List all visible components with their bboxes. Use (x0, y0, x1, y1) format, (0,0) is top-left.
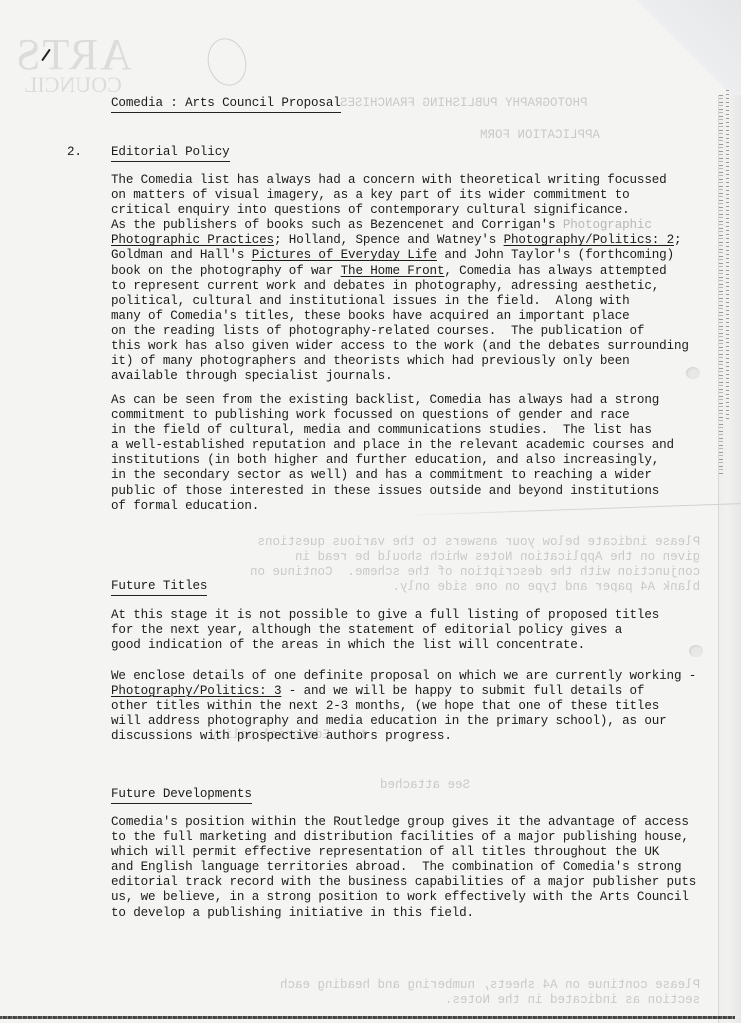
text-line: to represent current work and debates in… (111, 279, 689, 294)
book-title: Photography/Politics: 3 (111, 684, 281, 698)
text-run: in the field of cultural, media and comm… (111, 423, 652, 437)
text-line: us, we believe, in a strong position to … (111, 890, 696, 905)
paragraph: Comedia's position within the Routledge … (111, 815, 696, 921)
text-run: ; Holland, Spence and Watney's (274, 233, 504, 247)
text-run: in the secondary sector as well) and has… (111, 468, 652, 482)
scan-speckle (726, 90, 729, 420)
heading-future-titles: Future Titles (111, 578, 207, 596)
text-line: a well-established reputation and place … (111, 438, 674, 453)
text-line: At this stage it is not possible to give… (111, 608, 659, 623)
show-through-note: See attached (380, 778, 470, 793)
pencil-circle-mark (202, 34, 251, 90)
text-line: on matters of visual imagery, as a key p… (111, 188, 689, 203)
text-run: to develop a publishing initiative in th… (111, 906, 474, 920)
text-run: to the full marketing and distribution f… (111, 830, 689, 844)
punch-hole-icon (689, 645, 703, 657)
text-run: commitment to publishing work focussed o… (111, 408, 630, 422)
scanned-page: ARTS COUNCIL PHOTOGRAPHY PUBLISHING FRAN… (0, 0, 741, 1023)
text-run: book on the photography of war (111, 264, 341, 278)
text-line: available through specialist journals. (111, 369, 689, 384)
faded-text: Photographic (563, 218, 652, 232)
show-through-footer: Please continue on A4 sheets, numbering … (280, 978, 700, 1008)
text-line: public of those interested in these issu… (111, 484, 674, 499)
text-line: on the reading lists of photography-rela… (111, 324, 689, 339)
text-line: to develop a publishing initiative in th… (111, 906, 696, 921)
scan-speckle (719, 95, 723, 475)
text-run: We enclose details of one definite propo… (111, 669, 696, 683)
book-title: Photographic Practices (111, 233, 274, 247)
book-title: Pictures of Everyday Life (252, 248, 437, 262)
text-run: , Comedia has always attempted (444, 264, 666, 278)
text-run: As can be seen from the existing backlis… (111, 393, 659, 407)
text-run: public of those interested in these issu… (111, 484, 659, 498)
text-run: and John Taylor's (forthcoming) (437, 248, 674, 262)
text-run: good indication of the areas in which th… (111, 638, 585, 652)
text-run: will address photography and media educa… (111, 714, 667, 728)
text-line: editorial track record with the business… (111, 875, 696, 890)
text-line: which will permit effective representati… (111, 845, 696, 860)
text-run: us, we believe, in a strong position to … (111, 890, 689, 904)
text-line: political, cultural and institutional is… (111, 294, 689, 309)
text-run: editorial track record with the business… (111, 875, 696, 889)
show-through-header: PHOTOGRAPHY PUBLISHING FRANCHISES (340, 96, 588, 111)
text-line: Goldman and Hall's Pictures of Everyday … (111, 248, 689, 263)
book-title: Photography/Politics: 2 (504, 233, 674, 247)
text-line: critical enquiry into questions of conte… (111, 203, 689, 218)
text-run: on matters of visual imagery, as a key p… (111, 188, 630, 202)
bottom-edge-rule (0, 1016, 735, 1019)
text-line: of formal education. (111, 499, 674, 514)
text-line: for the next year, although the statemen… (111, 623, 659, 638)
text-line: will address photography and media educa… (111, 714, 696, 729)
book-title: The Home Front (341, 264, 445, 278)
text-line: The Comedia list has always had a concer… (111, 173, 689, 188)
text-run: As the publishers of books such as Bezen… (111, 218, 563, 232)
text-line: institutions (in both higher and further… (111, 453, 674, 468)
text-run: many of Comedia's titles, these books ha… (111, 309, 630, 323)
text-line: commitment to publishing work focussed o… (111, 408, 674, 423)
text-run: Goldman and Hall's (111, 248, 252, 262)
text-line: We enclose details of one definite propo… (111, 669, 696, 684)
text-run: available through specialist journals. (111, 369, 393, 383)
show-through-instructions: Please indicate below your answers to th… (250, 535, 700, 595)
text-line: it) of many photographers and theorists … (111, 354, 689, 369)
text-line: in the field of cultural, media and comm… (111, 423, 674, 438)
folded-corner (621, 0, 741, 110)
text-run: it) of many photographers and theorists … (111, 354, 630, 368)
text-run: - and we will be happy to submit full de… (281, 684, 644, 698)
text-line: good indication of the areas in which th… (111, 638, 659, 653)
text-line: book on the photography of war The Home … (111, 264, 689, 279)
text-run: which will permit effective representati… (111, 845, 659, 859)
text-line: Photography/Politics: 3 - and we will be… (111, 684, 696, 699)
text-run: on the reading lists of photography-rela… (111, 324, 644, 338)
text-run: ; (674, 233, 681, 247)
text-run: critical enquiry into questions of conte… (111, 203, 630, 217)
heading-editorial-policy: Editorial Policy (111, 144, 230, 162)
text-run: this work has also given wider access to… (111, 339, 689, 353)
text-run: for the next year, although the statemen… (111, 623, 622, 637)
text-run: political, cultural and institutional is… (111, 294, 630, 308)
show-through-subheader: APPLICATION FORM (480, 128, 600, 143)
text-line: As the publishers of books such as Bezen… (111, 218, 689, 233)
text-line: many of Comedia's titles, these books ha… (111, 309, 689, 324)
text-run: and English language territories abroad.… (111, 860, 681, 874)
text-line: discussions with prospective authors pro… (111, 729, 696, 744)
text-run: At this stage it is not possible to give… (111, 608, 659, 622)
text-run: discussions with prospective authors pro… (111, 729, 452, 743)
text-run: to represent current work and debates in… (111, 279, 659, 293)
text-line: and English language territories abroad.… (111, 860, 696, 875)
paragraph: At this stage it is not possible to give… (111, 608, 659, 653)
text-run: a well-established reputation and place … (111, 438, 674, 452)
text-line: Photographic Practices; Holland, Spence … (111, 233, 689, 248)
show-through-logo: ARTS COUNCIL (14, 40, 132, 100)
text-line: to the full marketing and distribution f… (111, 830, 696, 845)
document-title: Comedia : Arts Council Proposal (111, 95, 341, 113)
text-line: this work has also given wider access to… (111, 339, 689, 354)
text-run: other titles within the next 2-3 months,… (111, 699, 659, 713)
text-run: The Comedia list has always had a concer… (111, 173, 667, 187)
paragraph: As can be seen from the existing backlis… (111, 393, 674, 514)
text-line: in the secondary sector as well) and has… (111, 468, 674, 483)
text-run: institutions (in both higher and further… (111, 453, 659, 467)
text-line: other titles within the next 2-3 months,… (111, 699, 696, 714)
paragraph: The Comedia list has always had a concer… (111, 173, 689, 384)
text-run: Comedia's position within the Routledge … (111, 815, 689, 829)
text-line: As can be seen from the existing backlis… (111, 393, 674, 408)
heading-future-developments: Future Developments (111, 786, 252, 804)
section-number: 2. (67, 144, 82, 160)
text-line: Comedia's position within the Routledge … (111, 815, 696, 830)
text-run: of formal education. (111, 499, 259, 513)
paragraph: We enclose details of one definite propo… (111, 669, 696, 744)
